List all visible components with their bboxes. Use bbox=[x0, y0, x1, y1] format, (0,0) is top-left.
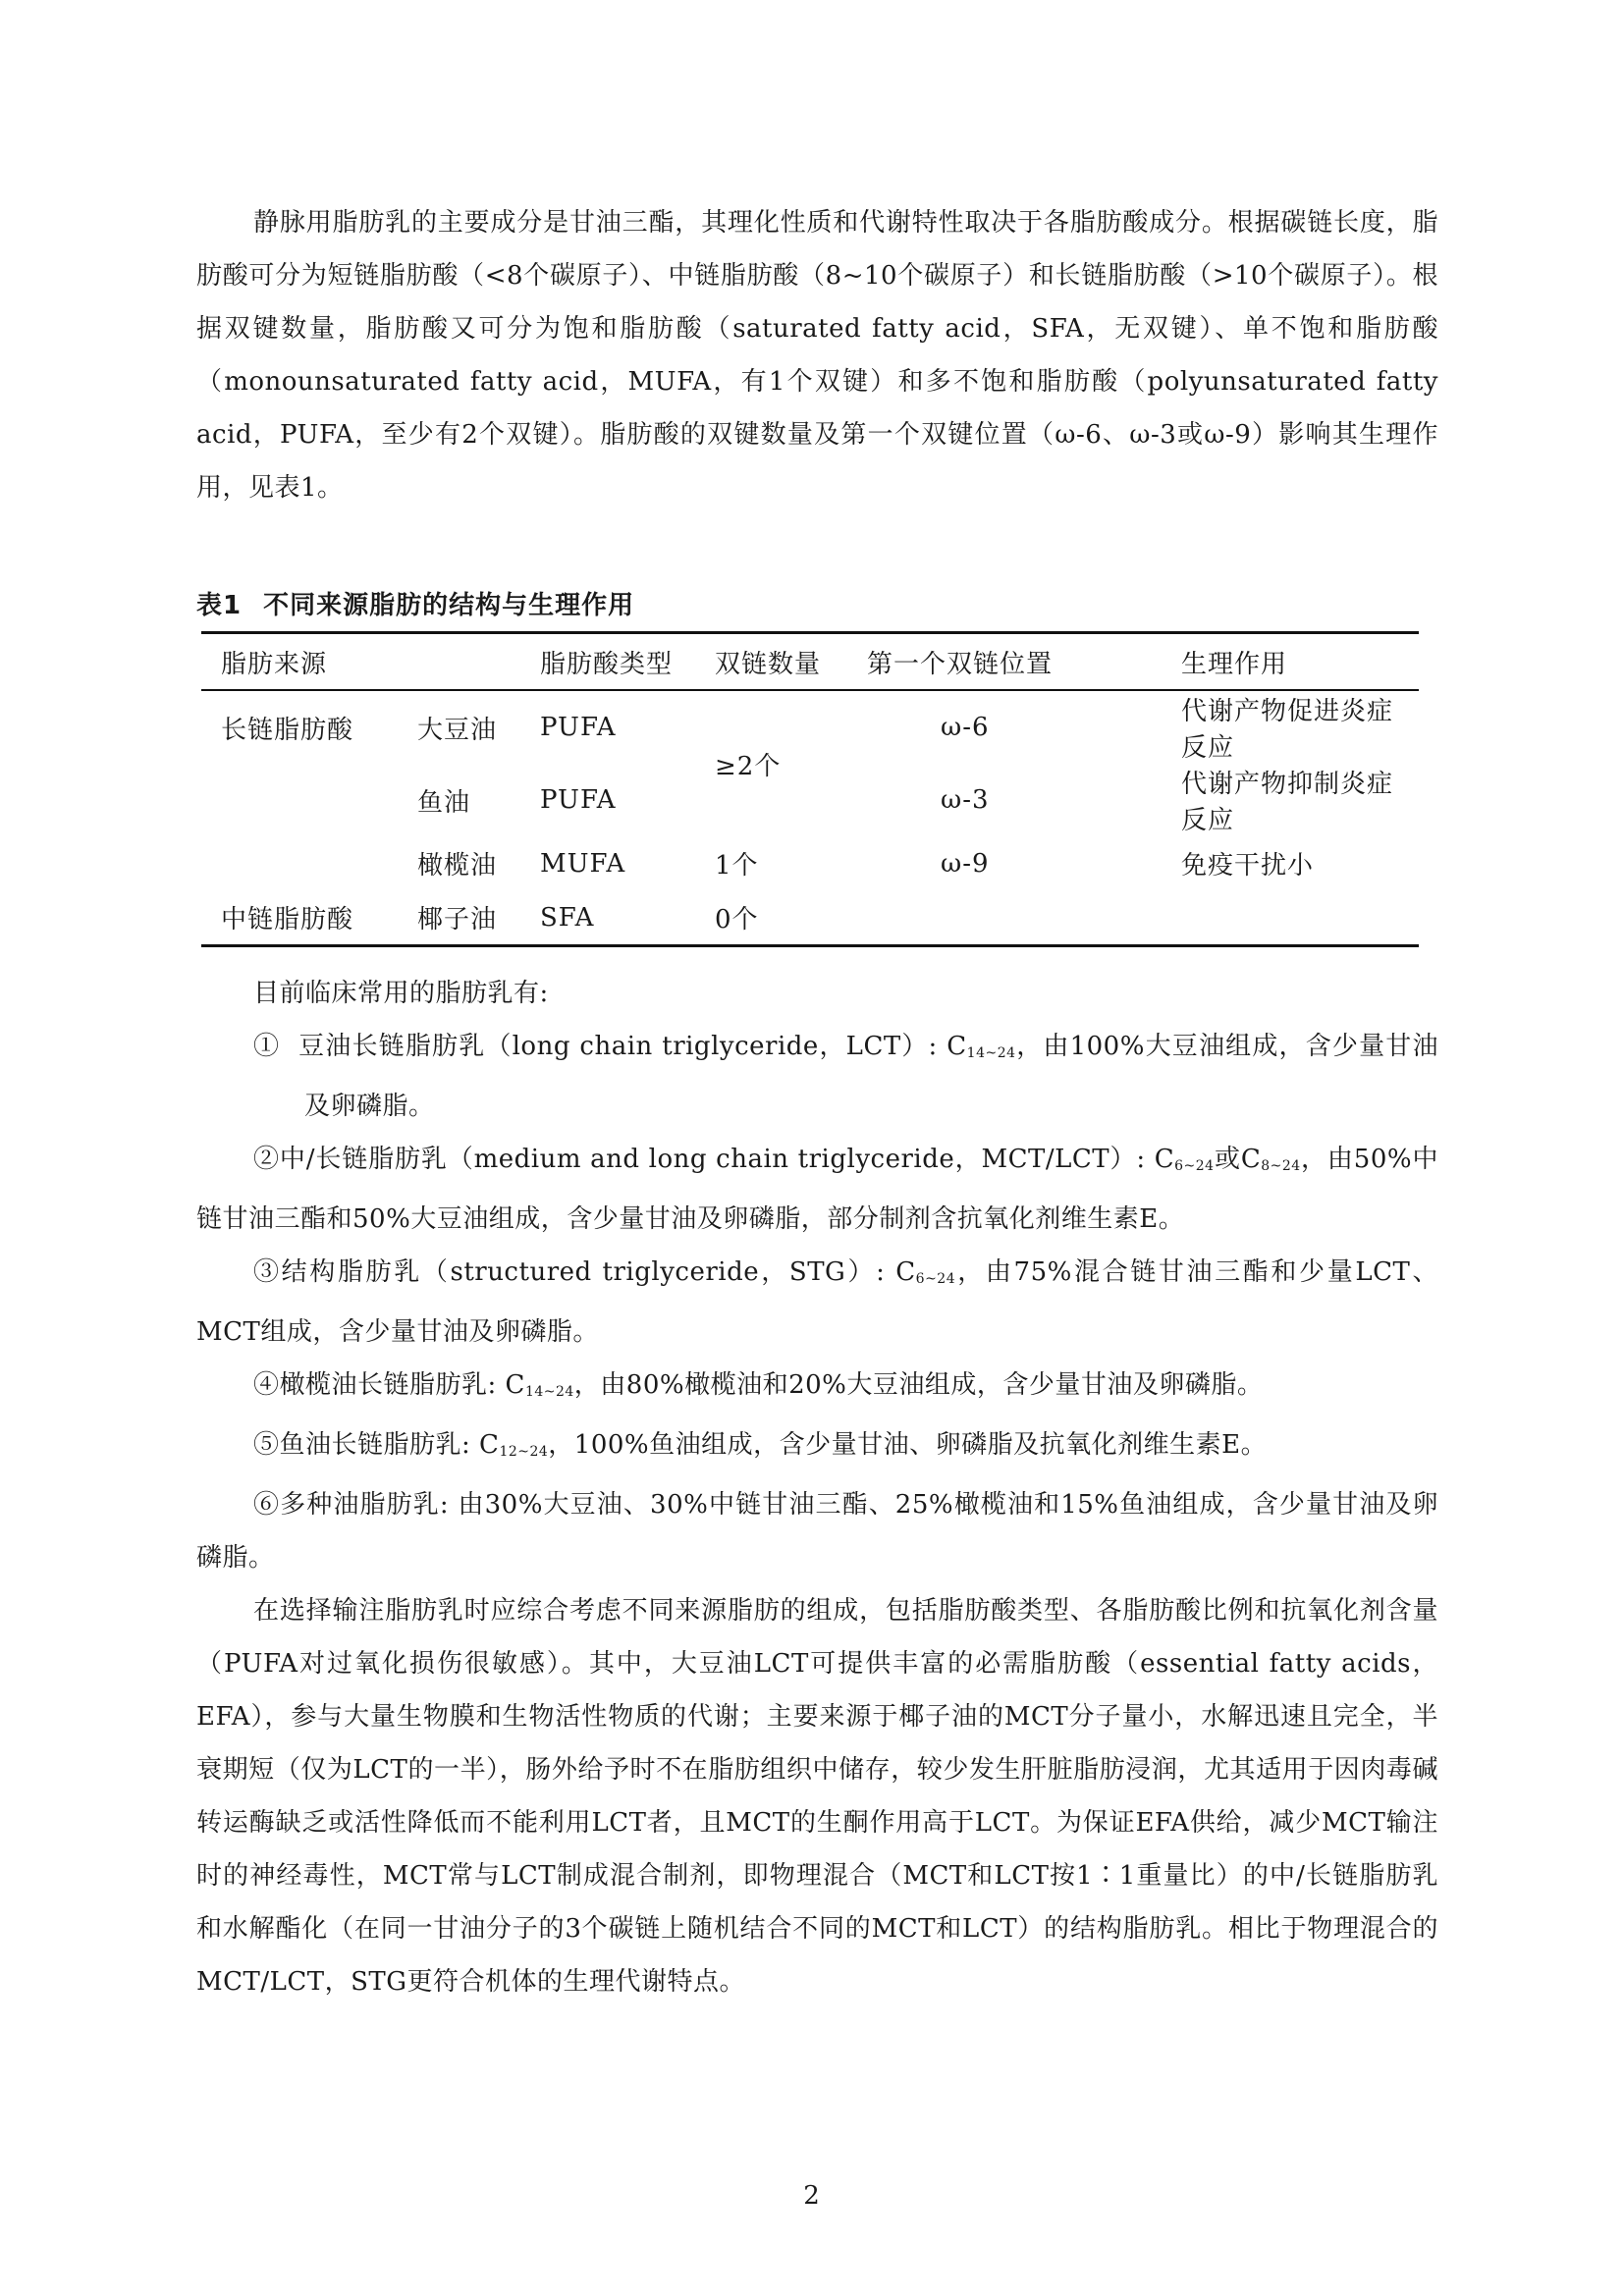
cell-effect: 代谢产物促进炎症反应 bbox=[1181, 690, 1419, 764]
list-marker: ③ bbox=[253, 1257, 282, 1287]
cell-effect bbox=[1181, 890, 1419, 946]
cell-effect: 代谢产物抑制炎症反应 bbox=[1181, 764, 1419, 836]
table-caption-number: 表1 bbox=[196, 591, 242, 620]
carbon-subscript: 6~24 bbox=[916, 1271, 955, 1287]
list-item-text: 结构脂肪乳（structured triglyceride，STG）: C bbox=[282, 1257, 916, 1287]
list-item-text: 或C bbox=[1215, 1145, 1262, 1174]
header-physiological-effect: 生理作用 bbox=[1181, 633, 1419, 691]
list-item-text: 中/长链脂肪乳（medium and long chain triglyceri… bbox=[280, 1145, 1174, 1174]
carbon-subscript: 12~24 bbox=[499, 1444, 548, 1460]
cell-bonds-merged: ≥2个 bbox=[715, 690, 867, 836]
table-caption: 表1不同来源脂肪的结构与生理作用 bbox=[196, 585, 634, 621]
table-row: 长链脂肪酸 大豆油 PUFA ≥2个 ω-6 代谢产物促进炎症反应 bbox=[201, 690, 1419, 764]
list-item-text: ，由80%橄榄油和20%大豆油组成，含少量甘油及卵磷脂。 bbox=[574, 1370, 1264, 1400]
carbon-subscript: 8~24 bbox=[1261, 1158, 1300, 1174]
list-marker: ① bbox=[253, 1032, 280, 1061]
list-marker: ⑥ bbox=[253, 1490, 280, 1520]
cell-position bbox=[867, 890, 1181, 946]
table-row: 橄榄油 MUFA 1个 ω-9 免疫干扰小 bbox=[201, 836, 1419, 890]
cell-oil: 橄榄油 bbox=[417, 836, 540, 890]
list-marker: ④ bbox=[253, 1370, 280, 1400]
list-item-6: ⑥多种油脂肪乳: 由30%大豆油、30%中链甘油三酯、25%橄榄油和15%鱼油组… bbox=[196, 1478, 1438, 1584]
header-source: 脂肪来源 bbox=[201, 633, 540, 691]
header-fatty-acid-type: 脂肪酸类型 bbox=[540, 633, 715, 691]
cell-type: PUFA bbox=[540, 764, 715, 836]
list-item-text: ，100%鱼油组成，含少量甘油、卵磷脂及抗氧化剂维生素E。 bbox=[548, 1430, 1267, 1460]
list-item-3: ③结构脂肪乳（structured triglyceride，STG）: C6~… bbox=[196, 1246, 1438, 1359]
list-item-text: 豆油长链脂肪乳（long chain triglyceride，LCT）: C bbox=[298, 1032, 967, 1061]
list-item-5: ⑤鱼油长链脂肪乳: C12~24，100%鱼油组成，含少量甘油、卵磷脂及抗氧化剂… bbox=[196, 1418, 1438, 1478]
discussion-paragraph: 在选择输注脂肪乳时应综合考虑不同来源脂肪的组成，包括脂肪酸类型、各脂肪酸比例和抗… bbox=[196, 1584, 1438, 2008]
intro-paragraph: 静脉用脂肪乳的主要成分是甘油三酯，其理化性质和代谢特性取决于各脂肪酸成分。根据碳… bbox=[196, 196, 1438, 514]
cell-oil: 大豆油 bbox=[417, 690, 540, 764]
list-marker: ⑤ bbox=[253, 1430, 280, 1460]
cell-bonds: 0个 bbox=[715, 890, 867, 946]
cell-position: ω-9 bbox=[867, 836, 1181, 890]
cell-type: SFA bbox=[540, 890, 715, 946]
list-item-text: 鱼油长链脂肪乳: C bbox=[280, 1430, 500, 1460]
fat-source-table: 脂肪来源 脂肪酸类型 双链数量 第一个双链位置 生理作用 长链脂肪酸 大豆油 P… bbox=[201, 631, 1419, 947]
cell-group: 长链脂肪酸 bbox=[201, 690, 417, 764]
list-lead: 目前临床常用的脂肪乳有: bbox=[196, 967, 1438, 1020]
list-item-text: 橄榄油长链脂肪乳: C bbox=[280, 1370, 525, 1400]
header-double-bond-count: 双链数量 bbox=[715, 633, 867, 691]
cell-oil: 椰子油 bbox=[417, 890, 540, 946]
cell-position: ω-6 bbox=[867, 690, 1181, 764]
header-first-double-bond-position: 第一个双链位置 bbox=[867, 633, 1181, 691]
emulsion-list-section: 目前临床常用的脂肪乳有: ① 豆油长链脂肪乳（long chain trigly… bbox=[196, 967, 1438, 2008]
cell-position: ω-3 bbox=[867, 764, 1181, 836]
list-item-4: ④橄榄油长链脂肪乳: C14~24，由80%橄榄油和20%大豆油组成，含少量甘油… bbox=[196, 1359, 1438, 1418]
table-row: 中链脂肪酸 椰子油 SFA 0个 bbox=[201, 890, 1419, 946]
list-item-text: 多种油脂肪乳: 由30%大豆油、30%中链甘油三酯、25%橄榄油和15%鱼油组成… bbox=[196, 1490, 1438, 1573]
page-number: 2 bbox=[0, 2181, 1623, 2211]
carbon-subscript: 14~24 bbox=[967, 1045, 1016, 1061]
cell-oil: 鱼油 bbox=[417, 764, 540, 836]
list-marker: ② bbox=[253, 1145, 280, 1174]
cell-bonds: 1个 bbox=[715, 836, 867, 890]
cell-effect: 免疫干扰小 bbox=[1181, 836, 1419, 890]
carbon-subscript: 14~24 bbox=[525, 1384, 574, 1400]
table-header-row: 脂肪来源 脂肪酸类型 双链数量 第一个双链位置 生理作用 bbox=[201, 633, 1419, 691]
list-item-2: ②中/长链脂肪乳（medium and long chain triglycer… bbox=[196, 1133, 1438, 1246]
list-item-1: ① 豆油长链脂肪乳（long chain triglyceride，LCT）: … bbox=[196, 1020, 1438, 1133]
table-caption-title: 不同来源脂肪的结构与生理作用 bbox=[263, 591, 634, 620]
cell-type: MUFA bbox=[540, 836, 715, 890]
cell-group bbox=[201, 764, 417, 836]
cell-group: 中链脂肪酸 bbox=[201, 890, 417, 946]
cell-type: PUFA bbox=[540, 690, 715, 764]
carbon-subscript: 6~24 bbox=[1174, 1158, 1214, 1174]
cell-group bbox=[201, 836, 417, 890]
